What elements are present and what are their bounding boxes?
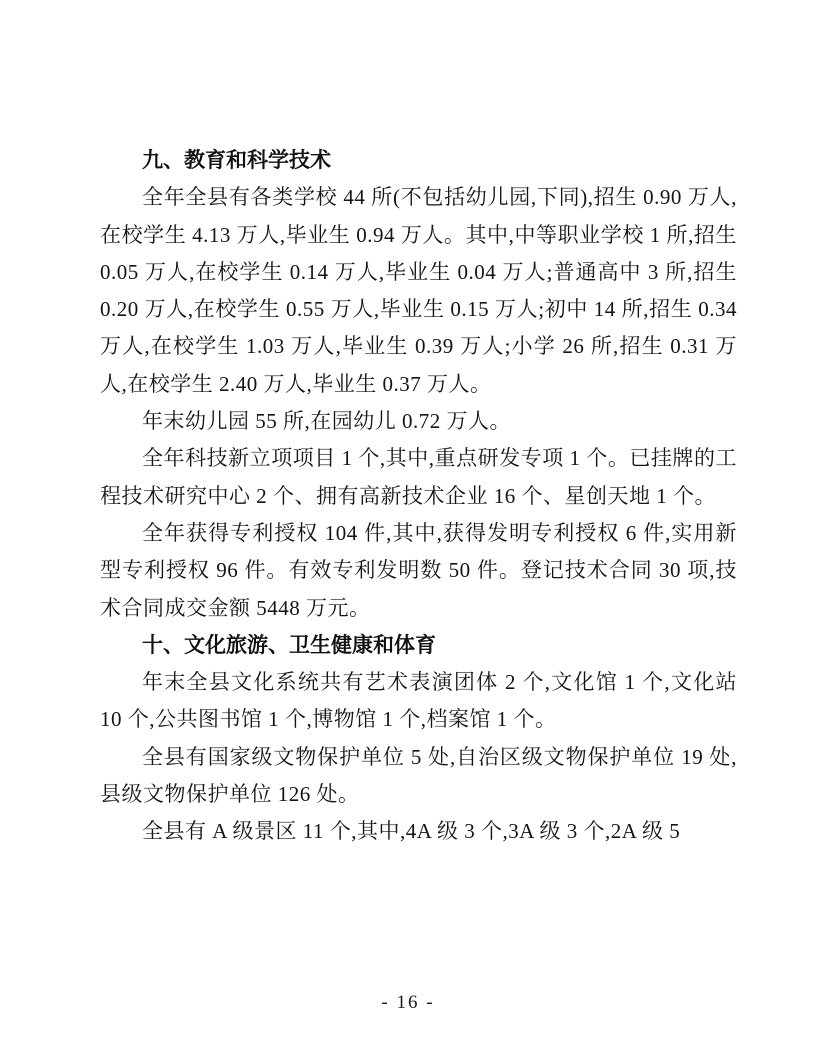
paragraph-patents-contracts: 全年获得专利授权 104 件,其中,获得发明专利授权 6 件,实用新型专利授权 … <box>100 515 737 627</box>
page-number: - 16 - <box>0 992 816 1014</box>
paragraph-heritage-protection-units: 全县有国家级文物保护单位 5 处,自治区级文物保护单位 19 处,县级文物保护单… <box>100 739 737 814</box>
section-heading-culture-tourism-health-sports: 十、文化旅游、卫生健康和体育 <box>100 627 737 664</box>
document-body: 九、教育和科学技术 全年全县有各类学校 44 所(不包括幼儿园,下同),招生 0… <box>100 142 737 851</box>
paragraph-science-projects: 全年科技新立项项目 1 个,其中,重点研发专项 1 个。已挂牌的工程技术研究中心… <box>100 440 737 515</box>
paragraph-schools-enrollment: 全年全县有各类学校 44 所(不包括幼儿园,下同),招生 0.90 万人,在校学… <box>100 179 737 403</box>
document-page: 九、教育和科学技术 全年全县有各类学校 44 所(不包括幼儿园,下同),招生 0… <box>0 0 816 1056</box>
paragraph-kindergartens: 年末幼儿园 55 所,在园幼儿 0.72 万人。 <box>100 403 737 440</box>
paragraph-culture-system: 年末全县文化系统共有艺术表演团体 2 个,文化馆 1 个,文化站 10 个,公共… <box>100 664 737 739</box>
paragraph-a-level-scenic-spots: 全县有 A 级景区 11 个,其中,4A 级 3 个,3A 级 3 个,2A 级… <box>100 813 737 850</box>
section-heading-education-science: 九、教育和科学技术 <box>100 142 737 179</box>
